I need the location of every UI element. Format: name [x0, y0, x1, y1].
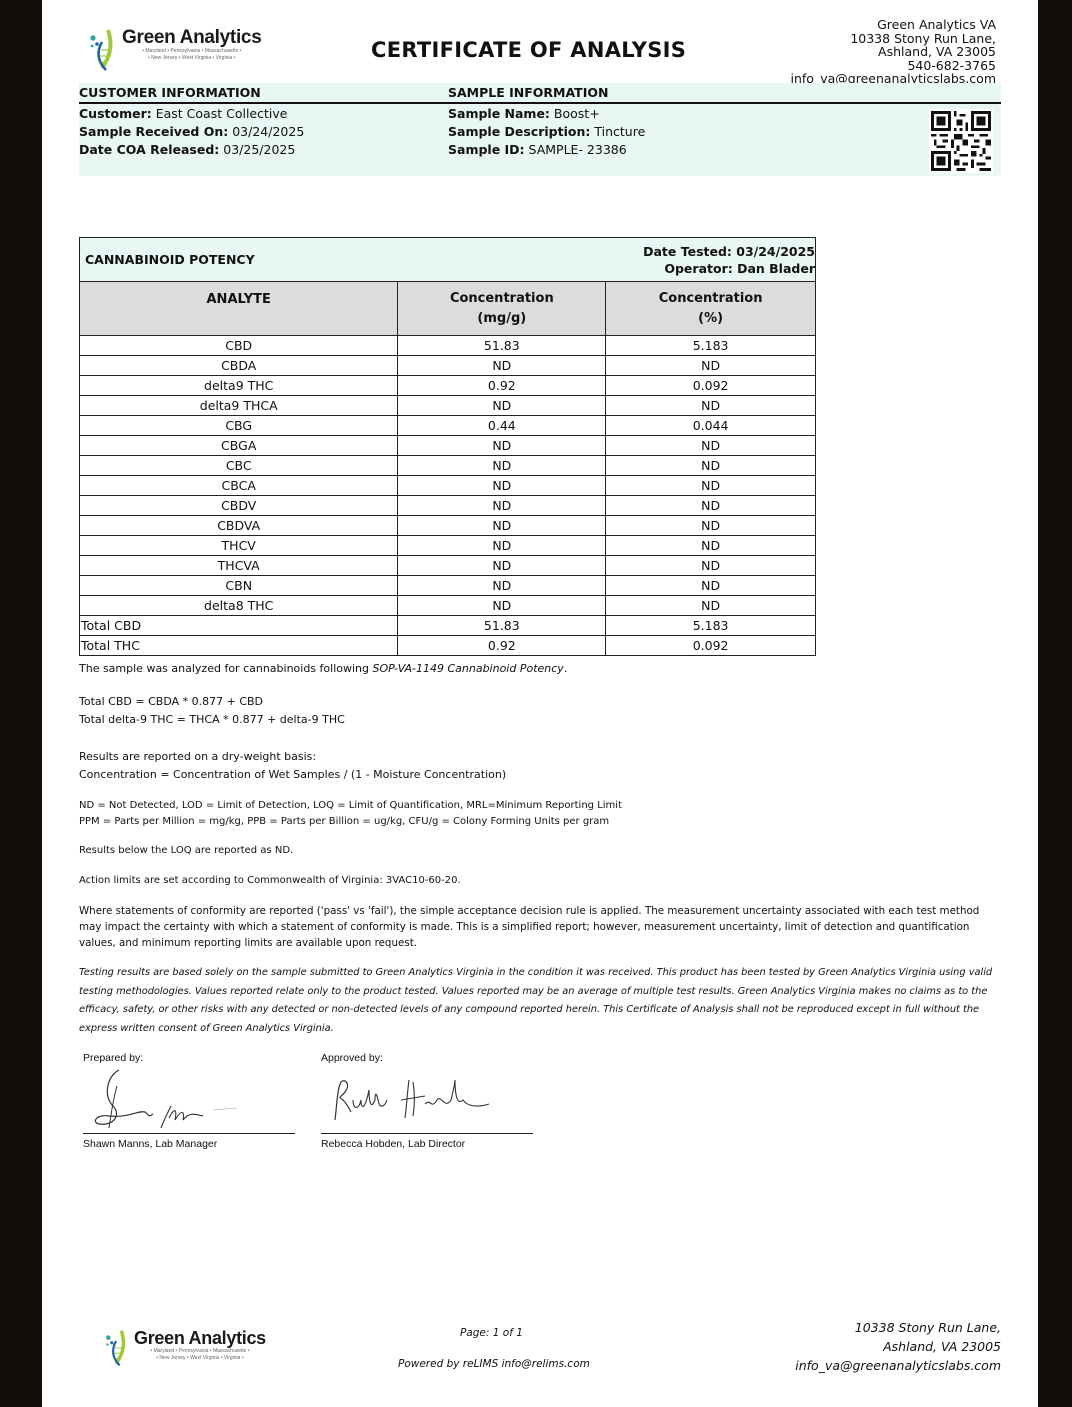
info-divider: [79, 102, 1001, 104]
method-name: SOP-VA-1149 Cannabinoid Potency: [373, 662, 564, 675]
footer-logo-states-line2: • New Jersey • West Virginia • Virginia …: [134, 1355, 266, 1362]
cell-analyte: CBDA: [80, 356, 398, 376]
footer-street: 10338 Stony Run Lane,: [795, 1318, 1001, 1337]
sample-description-label: Sample Description:: [448, 124, 590, 139]
column-header-pct: Concentration (%): [606, 282, 816, 336]
document-title: CERTIFICATE OF ANALYSIS: [371, 38, 686, 62]
prepared-by-label: Prepared by:: [83, 1052, 298, 1064]
logo-states-line2: • New Jersey • West Virginia • Virginia …: [122, 55, 261, 62]
cell-pct: ND: [606, 536, 816, 556]
cell-analyte: THCV: [80, 536, 398, 556]
formula-total-cbd: Total CBD = CBDA * 0.877 + CBD: [79, 693, 263, 711]
cell-mg: ND: [398, 596, 606, 616]
mg-header-line2: (mg/g): [399, 309, 604, 329]
potency-header-row: ANALYTE Concentration (mg/g) Concentrati…: [80, 282, 816, 336]
column-header-analyte: ANALYTE: [80, 282, 398, 336]
total-row: Total THC0.920.092: [80, 636, 816, 656]
total-cell-pct: 0.092: [606, 636, 816, 656]
lab-city: Ashland, VA 23005: [791, 45, 996, 59]
pct-header-line2: (%): [607, 309, 814, 329]
table-row: CBDANDND: [80, 356, 816, 376]
received-label: Sample Received On:: [79, 124, 228, 139]
dna-logo-icon: [88, 28, 118, 72]
cannabinoid-potency-table: CANNABINOID POTENCY Date Tested: 03/24/2…: [79, 237, 816, 656]
cell-mg: 0.92: [398, 376, 606, 396]
powered-by[interactable]: Powered by reLIMS info@relims.com: [398, 1358, 590, 1370]
cell-mg: ND: [398, 356, 606, 376]
customer-row: Customer: East Coast Collective: [79, 105, 287, 123]
approved-signature-icon: [327, 1070, 497, 1130]
table-row: CBD51.835.183: [80, 336, 816, 356]
cell-analyte: CBGA: [80, 436, 398, 456]
qr-code-icon[interactable]: [929, 109, 993, 173]
potency-title: CANNABINOID POTENCY: [80, 238, 606, 282]
potency-title-row: CANNABINOID POTENCY Date Tested: 03/24/2…: [80, 238, 816, 282]
cell-pct: ND: [606, 456, 816, 476]
footer-dna-logo-icon: [104, 1328, 130, 1368]
logo-states-line1: • Maryland • Pennsylvania • Massachusett…: [122, 48, 261, 55]
table-row: THCVANDND: [80, 556, 816, 576]
released-row: Date COA Released: 03/25/2025: [79, 141, 295, 159]
cell-pct: ND: [606, 476, 816, 496]
sample-id-label: Sample ID:: [448, 142, 525, 157]
footer-logo: Green Analytics • Maryland • Pennsylvani…: [104, 1328, 266, 1368]
sample-info-heading: SAMPLE INFORMATION: [448, 85, 608, 100]
cell-pct: ND: [606, 436, 816, 456]
total-cell-pct: 5.183: [606, 616, 816, 636]
table-row: CBDVANDND: [80, 516, 816, 536]
approved-by-name: Rebecca Hobden, Lab Director: [321, 1138, 465, 1150]
table-row: CBCNDND: [80, 456, 816, 476]
cell-analyte: CBC: [80, 456, 398, 476]
approved-by-block: Approved by: Rebecca Hobden, Lab Directo…: [321, 1052, 536, 1162]
footer-logo-name: Green Analytics: [134, 1328, 266, 1348]
total-cell-mg: 51.83: [398, 616, 606, 636]
abbreviations-line1: ND = Not Detected, LOD = Limit of Detect…: [79, 798, 622, 814]
lab-address: Green Analytics VA 10338 Stony Run Lane,…: [791, 18, 996, 86]
cell-pct: ND: [606, 596, 816, 616]
cell-mg: ND: [398, 476, 606, 496]
received-value: 03/24/2025: [232, 124, 304, 139]
approved-by-label: Approved by:: [321, 1052, 536, 1064]
sample-id-row: Sample ID: SAMPLE- 23386: [448, 141, 627, 159]
sample-name-value: Boost+: [554, 106, 600, 121]
table-row: CBCANDND: [80, 476, 816, 496]
action-limits-note: Action limits are set according to Commo…: [79, 873, 461, 889]
customer-info-heading: CUSTOMER INFORMATION: [79, 85, 261, 100]
cell-pct: ND: [606, 556, 816, 576]
table-row: CBGANDND: [80, 436, 816, 456]
cell-analyte: delta8 THC: [80, 596, 398, 616]
cell-mg: ND: [398, 576, 606, 596]
loq-note: Results below the LOQ are reported as ND…: [79, 843, 293, 859]
total-row: Total CBD51.835.183: [80, 616, 816, 636]
total-cell-mg: 0.92: [398, 636, 606, 656]
cell-analyte: CBD: [80, 336, 398, 356]
method-suffix: .: [564, 662, 568, 675]
cell-analyte: delta9 THC: [80, 376, 398, 396]
table-row: THCVNDND: [80, 536, 816, 556]
cell-mg: ND: [398, 536, 606, 556]
mg-header-line1: Concentration: [399, 289, 604, 309]
lab-street: 10338 Stony Run Lane,: [791, 32, 996, 46]
table-row: CBNNDND: [80, 576, 816, 596]
conformity-statement: Where statements of conformity are repor…: [79, 903, 1004, 951]
footer-city: Ashland, VA 23005: [795, 1337, 1001, 1356]
footer-email[interactable]: info_va@greenanalyticslabs.com: [795, 1356, 1001, 1375]
cell-analyte: THCVA: [80, 556, 398, 576]
prepared-signature-line: [83, 1133, 295, 1134]
cell-pct: ND: [606, 516, 816, 536]
method-prefix: The sample was analyzed for cannabinoids…: [79, 662, 373, 675]
released-value: 03/25/2025: [223, 142, 295, 157]
cell-mg: 0.44: [398, 416, 606, 436]
sample-id-value: SAMPLE- 23386: [529, 142, 627, 157]
cell-analyte: CBDVA: [80, 516, 398, 536]
customer-label: Customer:: [79, 106, 152, 121]
cell-analyte: CBG: [80, 416, 398, 436]
prepared-signature-icon: [89, 1066, 239, 1132]
sample-description-value: Tincture: [594, 124, 645, 139]
header-logo: Green Analytics • Maryland • Pennsylvani…: [88, 28, 261, 72]
table-row: delta9 THC0.920.092: [80, 376, 816, 396]
method-note: The sample was analyzed for cannabinoids…: [79, 660, 567, 678]
cell-pct: 0.044: [606, 416, 816, 436]
info-block: CUSTOMER INFORMATION SAMPLE INFORMATION …: [79, 83, 1001, 176]
table-row: delta9 THCANDND: [80, 396, 816, 416]
column-header-mg: Concentration (mg/g): [398, 282, 606, 336]
dry-weight-note: Results are reported on a dry-weight bas…: [79, 748, 316, 766]
total-cell-analyte: Total CBD: [80, 616, 398, 636]
sample-name-row: Sample Name: Boost+: [448, 105, 600, 123]
prepared-by-name: Shawn Manns, Lab Manager: [83, 1138, 217, 1150]
cell-analyte: CBN: [80, 576, 398, 596]
table-row: CBDVNDND: [80, 496, 816, 516]
cell-pct: ND: [606, 356, 816, 376]
dry-weight-formula: Concentration = Concentration of Wet Sam…: [79, 766, 506, 784]
disclaimer: Testing results are based solely on the …: [79, 964, 1004, 1038]
cell-mg: ND: [398, 556, 606, 576]
sample-description-row: Sample Description: Tincture: [448, 123, 645, 141]
prepared-by-block: Prepared by: Shawn Manns, Lab Manager: [83, 1052, 298, 1162]
abbreviations-line2: PPM = Parts per Million = mg/kg, PPB = P…: [79, 814, 609, 830]
coa-page: Green Analytics • Maryland • Pennsylvani…: [42, 0, 1038, 1407]
lab-name: Green Analytics VA: [791, 18, 996, 32]
formula-total-thc: Total delta-9 THC = THCA * 0.877 + delta…: [79, 711, 345, 729]
cell-mg: ND: [398, 396, 606, 416]
total-cell-analyte: Total THC: [80, 636, 398, 656]
cell-mg: ND: [398, 496, 606, 516]
lab-phone: 540-682-3765: [791, 59, 996, 73]
cell-mg: 51.83: [398, 336, 606, 356]
footer-logo-states-line1: • Maryland • Pennsylvania • Massachusett…: [134, 1348, 266, 1355]
cell-pct: ND: [606, 496, 816, 516]
cell-pct: ND: [606, 396, 816, 416]
cell-pct: 5.183: [606, 336, 816, 356]
cell-pct: 0.092: [606, 376, 816, 396]
logo-name: Green Analytics: [122, 28, 261, 48]
cell-pct: ND: [606, 576, 816, 596]
potency-meta: Date Tested: 03/24/2025 Operator: Dan Bl…: [606, 238, 816, 282]
footer-address: 10338 Stony Run Lane, Ashland, VA 23005 …: [795, 1318, 1001, 1375]
cell-analyte: CBDV: [80, 496, 398, 516]
cell-mg: ND: [398, 516, 606, 536]
approved-signature-line: [321, 1133, 533, 1134]
table-row: CBG0.440.044: [80, 416, 816, 436]
table-row: delta8 THCNDND: [80, 596, 816, 616]
page-number: Page: 1 of 1: [460, 1327, 523, 1339]
cell-analyte: delta9 THCA: [80, 396, 398, 416]
received-row: Sample Received On: 03/24/2025: [79, 123, 304, 141]
cell-analyte: CBCA: [80, 476, 398, 496]
released-label: Date COA Released:: [79, 142, 219, 157]
customer-value: East Coast Collective: [156, 106, 288, 121]
cell-mg: ND: [398, 456, 606, 476]
cell-mg: ND: [398, 436, 606, 456]
operator: Operator: Dan Blader: [606, 260, 815, 277]
date-tested: Date Tested: 03/24/2025: [606, 243, 815, 260]
pct-header-line1: Concentration: [607, 289, 814, 309]
sample-name-label: Sample Name:: [448, 106, 550, 121]
